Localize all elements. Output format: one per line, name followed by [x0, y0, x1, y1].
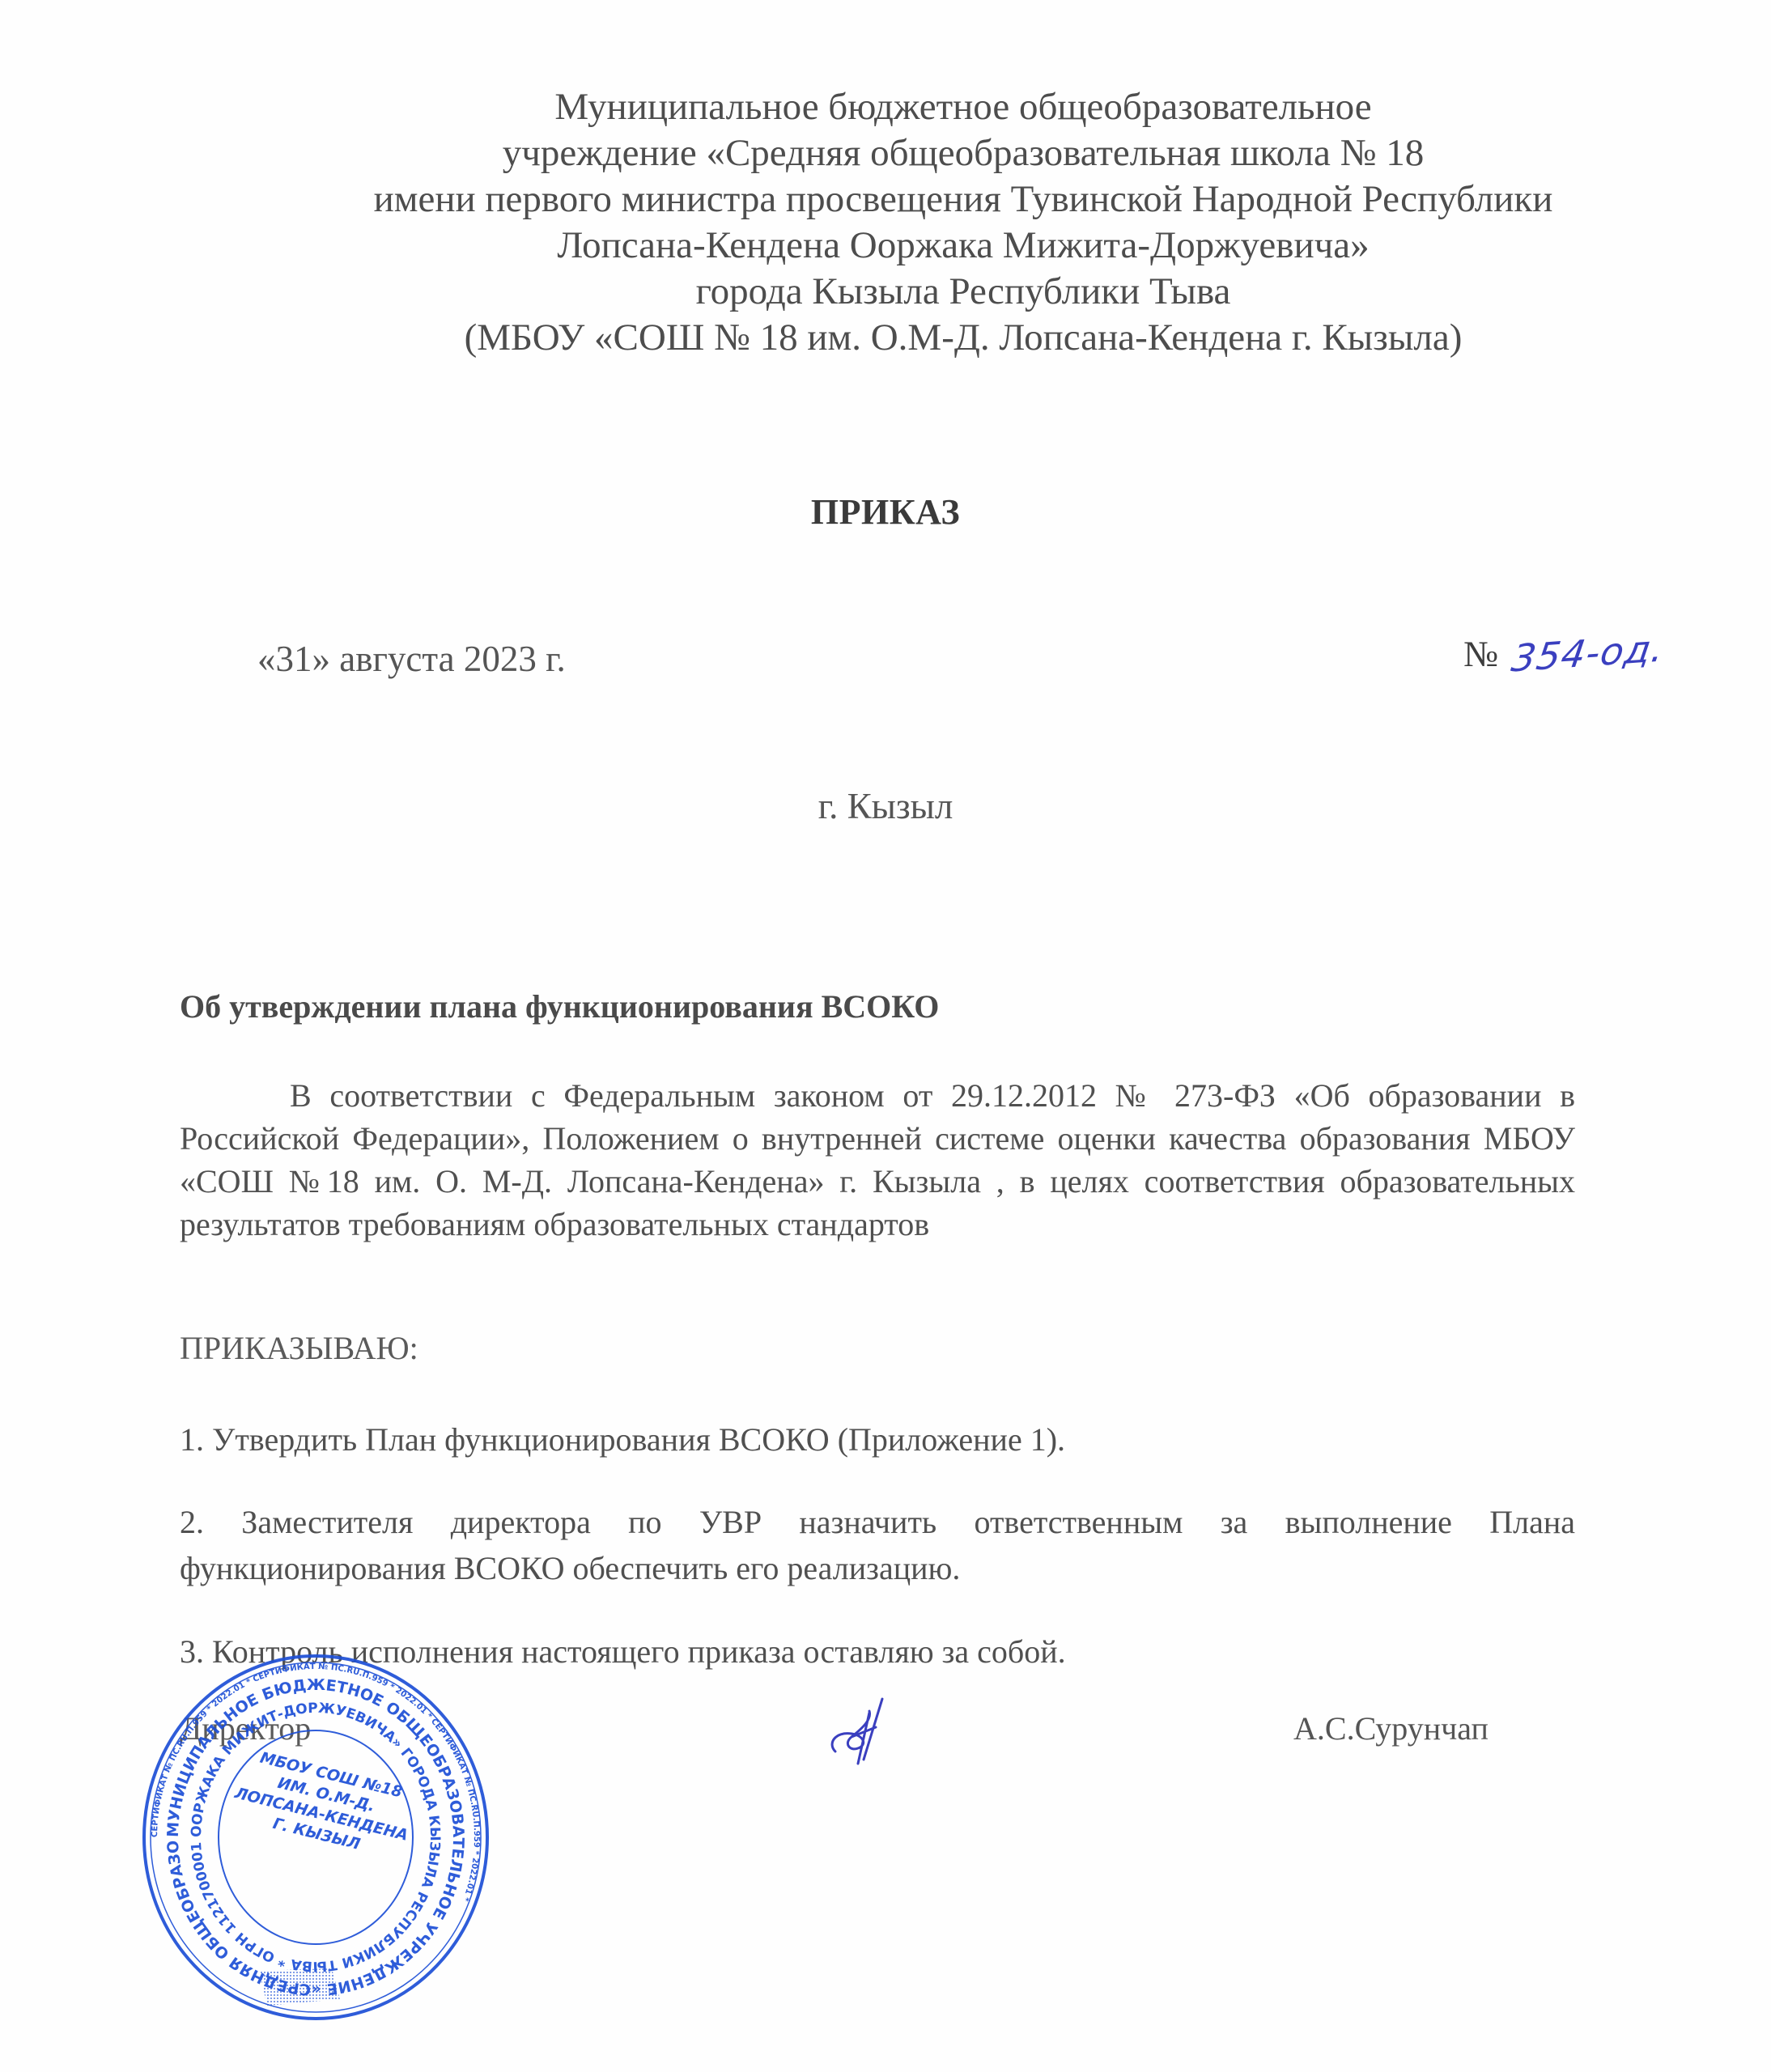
- header-line-4: Лопсана-Кендена Ооржака Мижита-Доржуевич…: [162, 223, 1765, 269]
- header-line-2: учреждение «Средняя общеобразовательная …: [162, 130, 1765, 176]
- preamble-paragraph: В соответствии с Федеральным законом от …: [180, 1074, 1575, 1246]
- document-type-heading: ПРИКАЗ: [0, 491, 1771, 533]
- header-line-5: города Кызыла Республики Тыва: [162, 269, 1765, 315]
- order-date: «31» августа 2023 г.: [257, 638, 566, 680]
- order-item-1: 1. Утвердить План функционирования ВСОКО…: [180, 1416, 1575, 1463]
- signatory-name: А.С.Сурунчап: [1293, 1709, 1489, 1747]
- document-page: Муниципальное бюджетное общеобразователь…: [0, 0, 1771, 2072]
- institution-header: Муниципальное бюджетное общеобразователь…: [162, 84, 1765, 361]
- handwritten-order-number: 354-од.: [1509, 626, 1667, 681]
- order-number: № 354-од.: [1463, 631, 1663, 675]
- order-item-2: 2. Заместителя директора по УВР назначит…: [180, 1499, 1575, 1591]
- order-title: Об утверждении плана функционирования ВС…: [180, 987, 939, 1025]
- header-line-3: имени первого министра просвещения Тувин…: [162, 176, 1765, 223]
- official-seal: СЕРТИФИКАТ № ПС.RU.П.959 * 2022.01 * СЕР…: [138, 1651, 494, 2023]
- city-line: г. Кызыл: [0, 785, 1771, 827]
- order-word: ПРИКАЗЫВАЮ:: [180, 1329, 418, 1367]
- header-line-1: Муниципальное бюджетное общеобразователь…: [162, 84, 1765, 130]
- header-line-6: (МБОУ «СОШ № 18 им. О.М-Д. Лопсана-Кенде…: [162, 315, 1765, 361]
- signature-icon: [819, 1695, 908, 1768]
- number-sign: №: [1463, 634, 1498, 674]
